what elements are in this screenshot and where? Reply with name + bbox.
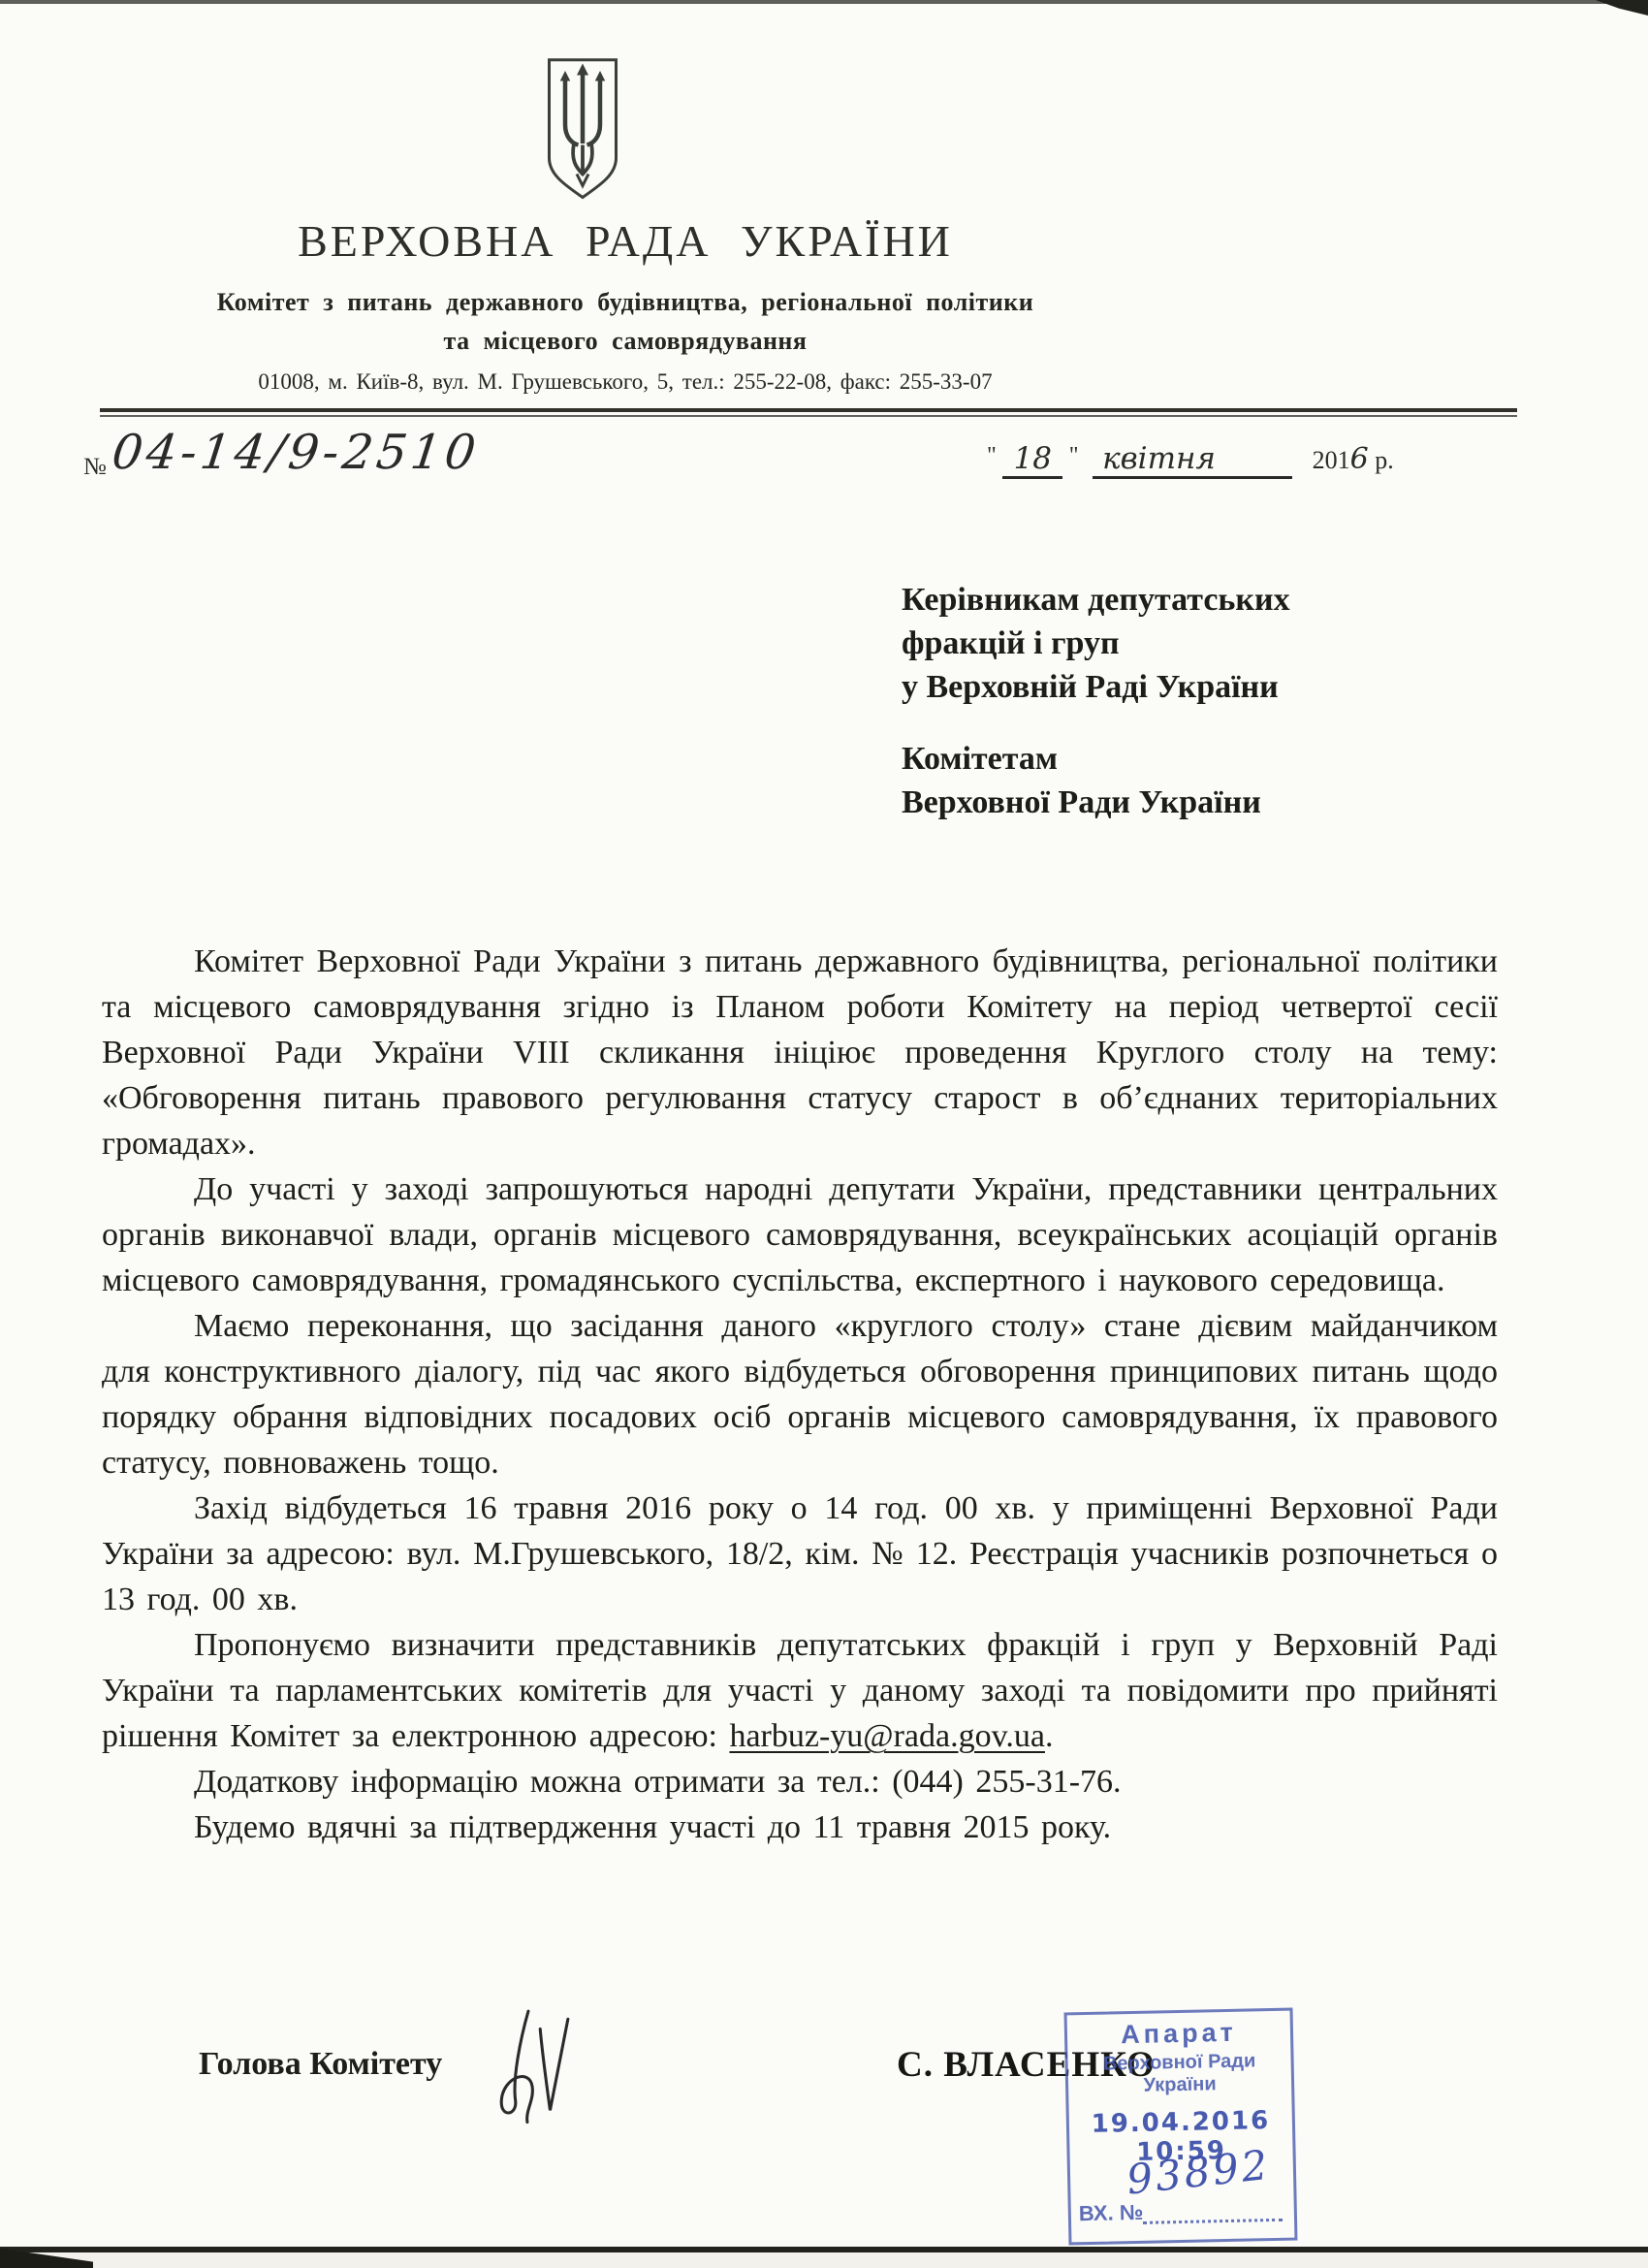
ukraine-trident-shield-icon <box>541 56 624 202</box>
body-paragraph: Захід відбудеться 16 травня 2016 року о … <box>102 1485 1498 1622</box>
parliament-title: ВЕРХОВНА РАДА УКРАЇНИ <box>58 215 1192 267</box>
reference-number-label: № <box>83 454 107 481</box>
committee-name: Комітет з питань державного будівництва,… <box>58 283 1192 361</box>
letter-body: Комітет Верховної Ради України з питань … <box>102 939 1498 1850</box>
addressee-line: Верховної Ради України <box>902 781 1290 824</box>
addressee-block: Керівникам депутатських фракцій і груп у… <box>902 578 1290 824</box>
stamp-incoming-label: ВХ. № <box>1079 2200 1144 2226</box>
date-day-handwritten: 18 <box>1002 441 1062 479</box>
date-line: " 18 " квітня 2016 р. <box>987 441 1394 479</box>
signer-position-title: Голова Комітету <box>199 2046 442 2083</box>
addressee-line: фракцій і груп <box>902 622 1290 665</box>
body-paragraph: До участі у заході запрошуються народні … <box>102 1166 1498 1303</box>
body-paragraph-proposal: Пропонуємо визначити представників депут… <box>102 1622 1498 1759</box>
email-address: harbuz-yu@rada.gov.ua <box>729 1718 1045 1754</box>
committee-name-line2: та місцевого самоврядування <box>444 327 808 355</box>
date-close-quote: " <box>1069 443 1079 468</box>
address-line: 01008, м. Київ-8, вул. М. Грушевського, … <box>58 369 1192 395</box>
date-month-handwritten: квітня <box>1093 441 1292 479</box>
scanned-letter-page: ВЕРХОВНА РАДА УКРАЇНИ Комітет з питань д… <box>0 0 1648 2268</box>
date-year-handwritten: 6 <box>1350 442 1369 476</box>
stamp-org-line2: Верховної Ради України <box>1067 2050 1291 2099</box>
incoming-registration-stamp: Апарат Верховної Ради України 19.04.2016… <box>1064 2008 1298 2246</box>
handwritten-signature <box>485 2005 574 2124</box>
addressee-line: у Верховній Раді України <box>902 665 1290 709</box>
body-paragraph-info: Додаткову інформацію можна отримати за т… <box>102 1759 1498 1805</box>
reference-number-handwritten: 04-14/9-2510 <box>110 425 483 480</box>
date-suffix: р. <box>1375 446 1394 474</box>
stamp-dotted-line <box>1143 2219 1283 2224</box>
letterhead-divider-thin <box>100 415 1517 417</box>
body-paragraph: Комітет Верховної Ради України з питань … <box>102 939 1498 1166</box>
letterhead-divider <box>100 408 1517 412</box>
scan-artifact-top-edge <box>0 0 1648 4</box>
date-open-quote: " <box>987 443 997 468</box>
date-year-printed: 201 <box>1313 446 1350 474</box>
email-period: . <box>1045 1718 1054 1754</box>
addressee-line: Керівникам депутатських <box>902 578 1290 622</box>
body-paragraph: Маємо переконання, що засідання даного «… <box>102 1303 1498 1485</box>
scan-artifact-bottom-area <box>0 2252 1648 2268</box>
committee-name-line1: Комітет з питань державного будівництва,… <box>217 288 1033 316</box>
addressee-line: Комітетам <box>902 737 1290 781</box>
stamp-org-line1: Апарат <box>1067 2017 1291 2052</box>
body-paragraph-thanks: Будемо вдячні за підтвердження участі до… <box>102 1805 1498 1850</box>
